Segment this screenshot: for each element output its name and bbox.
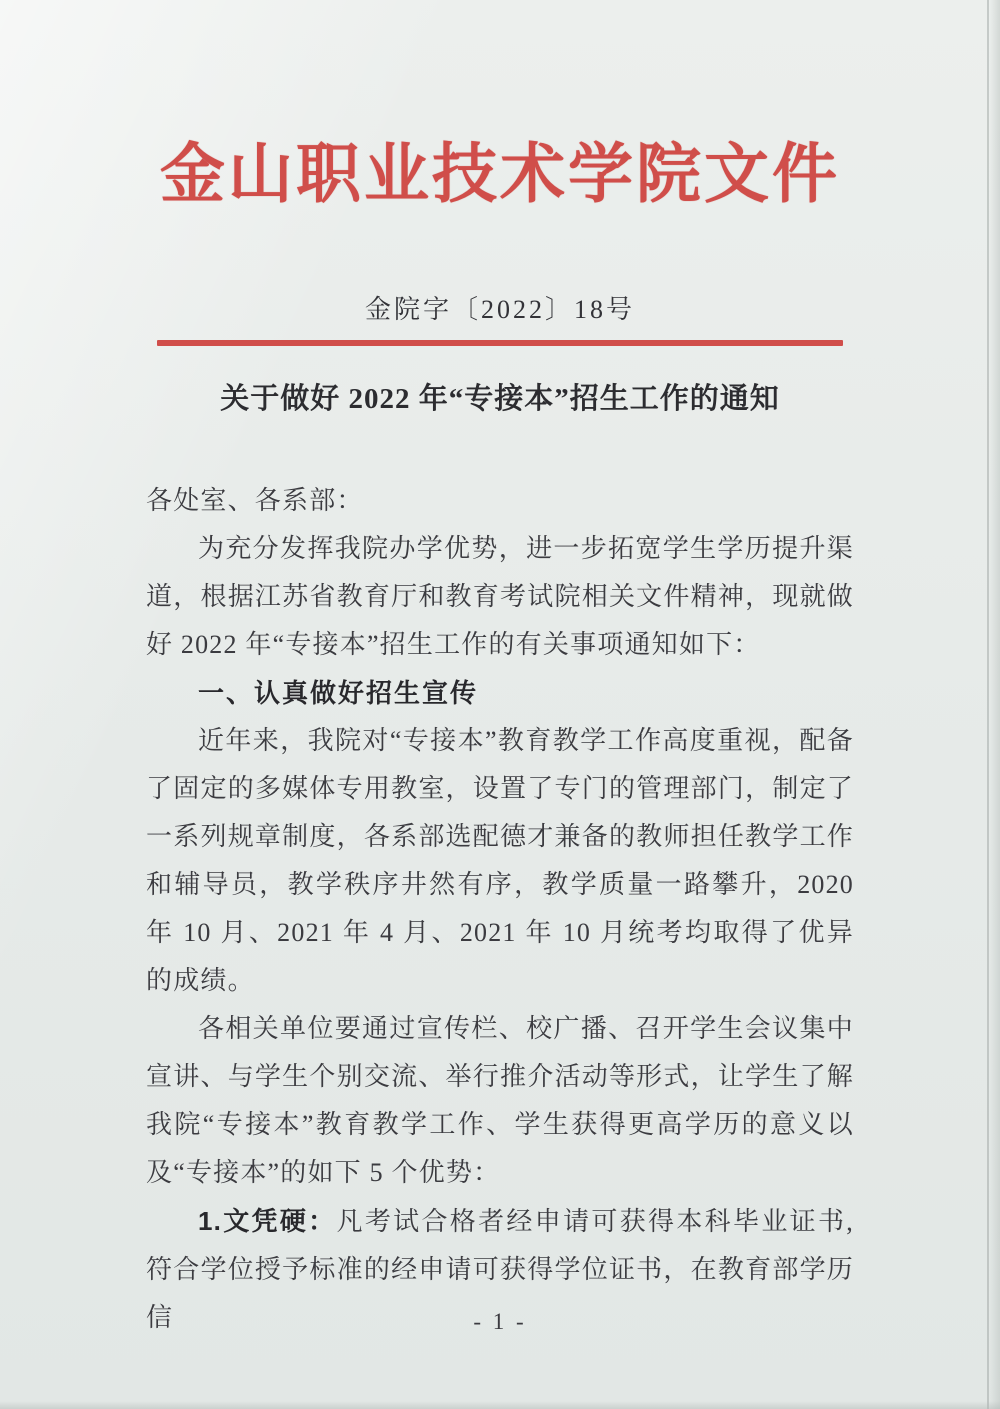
document-title: 关于做好 2022 年“专接本”招生工作的通知	[0, 382, 1000, 417]
document-header-org-title: 金山职业技术学院文件	[0, 0, 1000, 208]
scan-edge-shade	[989, 0, 1000, 1409]
paragraph: 近年来，我院对“专接本”教育教学工作高度重视，配备了固定的多媒体专用教室，设置了…	[146, 717, 854, 1005]
scanned-document-page: 金山职业技术学院文件 金院字〔2022〕18号 关于做好 2022 年“专接本”…	[0, 0, 1000, 1409]
document-body: 各处室、各系部：为充分发挥我院办学优势，进一步拓宽学生学历提升渠道，根据江苏省教…	[146, 477, 854, 1342]
scan-bottom-shade	[0, 1401, 1000, 1409]
paragraph: 为充分发挥我院办学优势，进一步拓宽学生学历提升渠道，根据江苏省教育厅和教育考试院…	[146, 525, 854, 669]
section-heading: 一、认真做好招生宣传	[146, 669, 854, 717]
salutation: 各处室、各系部：	[146, 477, 854, 525]
paragraph: 各相关单位要通过宣传栏、校广播、召开学生会议集中宣讲、与学生个别交流、举行推介活…	[146, 1005, 854, 1197]
document-reference-number: 金院字〔2022〕18号	[0, 294, 1000, 325]
page-number: - 1 -	[0, 1309, 1000, 1335]
header-divider-line	[157, 340, 843, 346]
paragraph-lead: 1.文凭硬：	[198, 1206, 337, 1236]
